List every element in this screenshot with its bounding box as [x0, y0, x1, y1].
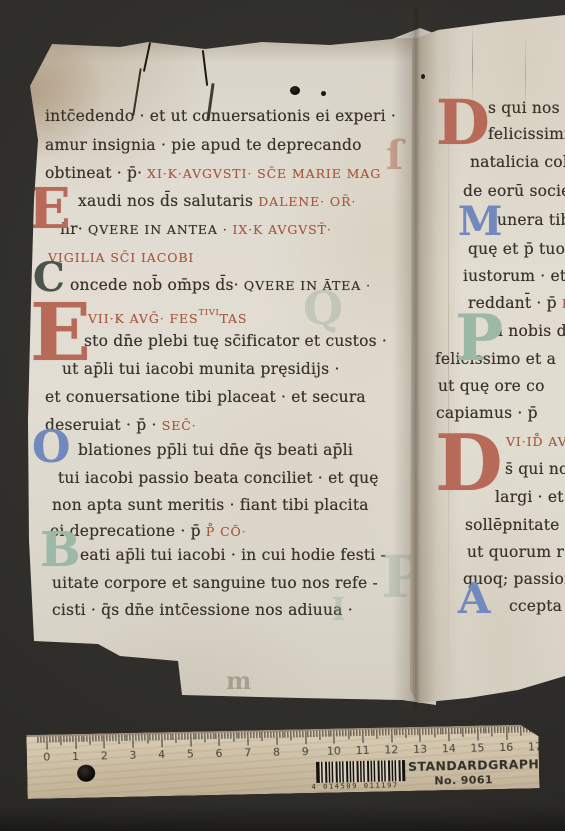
ruler-tick [164, 734, 165, 740]
rubric-segment: TAS [219, 311, 247, 326]
manuscript-line: non apta sunt meritis · fiant tibi placi… [52, 495, 369, 515]
text-segment: QVERE IN ANTEA · [88, 222, 232, 237]
ruler-tick [351, 730, 352, 736]
right-page: s qui nos cofelicissimi · enatalicia col… [408, 0, 565, 712]
text-segment: iustorum · et t [463, 267, 565, 285]
ruler-tick [445, 728, 446, 734]
ruler-tick [55, 736, 56, 742]
manuscript-line: cisti · q̄s dn̄e intc̄essione nos adiuua… [52, 600, 353, 620]
ruler-tick [78, 736, 79, 742]
ruler-tick [155, 734, 156, 740]
ruler-tick [64, 736, 65, 742]
ruler-tick [514, 727, 515, 733]
ruler-tick [293, 731, 294, 737]
ruler-tick [302, 731, 303, 737]
ruler-tick [95, 736, 96, 742]
ruler-tick [382, 730, 383, 736]
manuscript-line: et conuersatione tibi placeat · et secur… [45, 387, 366, 407]
text-segment: largi · et [495, 488, 564, 506]
ruler-scale: 01234567891011121314151617 [26, 724, 538, 735]
ruler-tick [342, 730, 343, 736]
ruler-tick [400, 729, 401, 735]
ruler-tick [75, 736, 76, 749]
ruler-tick [316, 731, 317, 737]
ruler-tick [236, 733, 237, 739]
ruler-tick [394, 729, 395, 735]
ruler-tick [239, 733, 240, 739]
ruler-tick [147, 734, 148, 743]
ruler-tick [402, 729, 403, 735]
parchment-hole [321, 91, 326, 96]
rubric-segment: P̊ CŌ· [206, 524, 247, 539]
ruler-tick [104, 735, 105, 748]
manuscript-line: ccepta sit [509, 596, 565, 616]
ruler-tick [173, 734, 174, 740]
ruler-tick [443, 728, 444, 734]
ruler-tick [245, 732, 246, 738]
ruler-brand: STANDARDGRAPH [408, 756, 539, 774]
ruler-tick [526, 727, 527, 733]
ruler-tick [477, 728, 478, 741]
ruler-tick [84, 736, 85, 742]
rubric-segment: XI·K·AVGVSTI· SC̄E MARIE MAG [142, 166, 381, 181]
text-segment: uitate corpore et sanguine tuo nos refe … [52, 574, 378, 592]
ruler-tick [354, 730, 355, 736]
ruler-tick [49, 737, 50, 743]
ruler-number: 17 [528, 740, 542, 753]
ruler-tick [411, 729, 412, 735]
ruler-number: 6 [215, 747, 222, 760]
ruler-tick [425, 729, 426, 735]
ruler-tick [431, 729, 432, 735]
ruler-tick [150, 734, 151, 740]
parchment-hole [421, 74, 425, 79]
text-segment: eati ap̄li tui iacobi · in cui hodie fes… [80, 546, 386, 564]
ruler-tick [219, 733, 220, 746]
ruler-tick [213, 733, 214, 739]
manuscript-line: obtineat · p̄· XI·K·AVGVSTI· SC̄E MARIE … [45, 163, 381, 184]
manuscript-line: VII·K AVḠ· FESTIVITAS [88, 303, 247, 329]
ruler-number: 8 [273, 746, 280, 759]
ruler-tick [391, 729, 392, 742]
ruler-tick [41, 737, 42, 743]
manuscript-line: n̄r· QVERE IN ANTEA · IX·K AVGVST̄· [60, 219, 332, 240]
ruler-tick [107, 735, 108, 741]
ruler-number: 14 [442, 742, 456, 755]
manuscript-photo-scene: intc̄edendo · et ut conuersationis ei ex… [0, 0, 565, 831]
ruler-tick [135, 735, 136, 741]
manuscript-line: VIGILIA SC̄I IACOBI [48, 247, 194, 268]
ruler-tick [379, 730, 380, 736]
manuscript-line: unera tibi q [497, 210, 565, 230]
manuscript-line: intc̄edendo · et ut conuersationis ei ex… [45, 106, 396, 126]
manuscript-line: largi · et [495, 487, 564, 507]
ruler-tick [259, 732, 260, 738]
rubric-segment: SEC̄· [162, 418, 197, 433]
ruler-tick [322, 731, 323, 737]
show-through-mark: m [226, 669, 251, 693]
illuminated-initial-o: O [32, 428, 70, 468]
ruler-number: 11 [355, 744, 369, 757]
ruler-number: 7 [244, 746, 251, 759]
ruler-tick [451, 728, 452, 734]
ruler-tick [328, 731, 329, 737]
text-segment: xaudi nos d̄s salutaris [78, 192, 258, 210]
ruler-tick [497, 727, 498, 733]
ruler-tick [267, 732, 268, 738]
text-segment: felicissimi · e [488, 125, 565, 143]
ruler-tick [210, 733, 211, 739]
ruler-tick [325, 731, 326, 737]
ruler-tick [448, 728, 449, 741]
ruler-tick [130, 735, 131, 741]
manuscript-line: blationes pp̄li tui dn̄e q̄s beati ap̄li [78, 440, 353, 460]
ruler-tick [422, 729, 423, 735]
barcode [316, 760, 405, 783]
ruler-tick [310, 731, 311, 737]
ruler-tick [270, 732, 271, 738]
manuscript-line: n̄ nobis d [493, 321, 565, 341]
ruler-tick [405, 729, 406, 738]
manuscript-line: ut quorum r [467, 542, 564, 562]
show-through-mark: I [331, 593, 346, 625]
illuminated-initial-p: P [455, 310, 503, 369]
ruler-tick [187, 734, 188, 740]
ruler-tick [144, 735, 145, 741]
ruler-tick [506, 727, 507, 740]
ruler-tick [397, 729, 398, 735]
ruler-tick [181, 734, 182, 740]
ruler-tick [437, 728, 438, 734]
ruler-number: 3 [129, 749, 136, 762]
ruler-tick [512, 727, 513, 733]
ruler-tick [420, 729, 421, 742]
ruler-tick [46, 737, 47, 750]
ruler-tick [230, 733, 231, 739]
rubric-segment: VIGILIA SC̄I IACOBI [48, 250, 194, 265]
ruler-tick [110, 735, 111, 741]
text-segment: ccepta sit [509, 597, 565, 615]
ruler-tick [66, 736, 67, 742]
ruler-tick [385, 729, 386, 735]
illuminated-initial-b: B [40, 528, 81, 572]
ruler-tick [331, 731, 332, 737]
rubric-segment: IX·K AVGVST̄· [232, 222, 331, 237]
ruler-tick [227, 733, 228, 739]
ruler-number: 4 [158, 748, 165, 761]
left-page: intc̄edendo · et ut conuersationis ei ex… [0, 0, 436, 712]
ruler-tick [58, 736, 59, 742]
ruler-tick [440, 728, 441, 734]
ruler-model: No. 9061 [434, 773, 493, 787]
ruler: 01234567891011121314151617 4 014509 0111… [26, 724, 539, 799]
ruler-tick [296, 731, 297, 737]
ruler-tick [362, 730, 363, 743]
ruler-number: 13 [413, 743, 427, 756]
ruler-tick [365, 730, 366, 736]
ruler-hole [77, 765, 95, 782]
ruler-tick [242, 732, 243, 738]
ruler-tick [474, 728, 475, 734]
ruler-tick [480, 727, 481, 733]
ruler-tick [138, 735, 139, 741]
ruler-tick [161, 734, 162, 747]
ruler-tick [250, 732, 251, 738]
ruler-tick [454, 728, 455, 734]
ruler-tick [92, 736, 93, 742]
ruler-tick [466, 728, 467, 734]
rubric-segment: DALENE· OR̄· [258, 194, 356, 209]
ruler-tick [98, 735, 99, 741]
ruler-tick [112, 735, 113, 741]
ruler-tick [428, 729, 429, 735]
ruler-tick [468, 728, 469, 734]
ruler-tick [43, 737, 44, 743]
ruler-tick [308, 731, 309, 737]
ruler-tick [273, 732, 274, 738]
manuscript-line: uitate corpore et sanguine tuo nos refe … [52, 573, 378, 593]
ruler-tick [434, 728, 435, 737]
ruler-tick [276, 732, 277, 745]
manuscript-line: eati ap̄li tui iacobi · in cui hodie fes… [80, 545, 386, 565]
ruler-tick [207, 733, 208, 739]
manuscript-line: amur insignia · pie apud te deprecando [45, 135, 362, 155]
show-through-mark: Q [303, 285, 343, 331]
ruler-tick [167, 734, 168, 740]
ruler-tick [345, 730, 346, 736]
ruler-tick [313, 731, 314, 737]
rubric-segment: TIVI [199, 308, 220, 318]
ruler-tick [374, 730, 375, 736]
text-segment: oncede nob̄ om̄ps d̄s· [70, 276, 244, 294]
page-top-edge [30, 38, 430, 62]
ruler-number: 2 [101, 749, 108, 762]
ruler-tick [509, 727, 510, 733]
ruler-tick [256, 732, 257, 738]
ruler-tick [170, 734, 171, 740]
ruler-tick [279, 732, 280, 738]
show-through-mark: ſ [386, 136, 403, 176]
rubric-segment: VII·K AVḠ· FES [88, 311, 199, 326]
ruler-tick [414, 729, 415, 735]
ruler-tick [348, 730, 349, 739]
ruler-tick [368, 730, 369, 736]
ruler-number: 9 [302, 745, 309, 758]
ruler-tick [193, 733, 194, 739]
text-segment: intc̄edendo · et ut conuersationis ei ex… [45, 107, 396, 125]
ruler-tick [305, 731, 306, 744]
text-segment: cisti · q̄s dn̄e intc̄essione nos adiuua… [52, 601, 353, 619]
manuscript-line: tui iacobi passio beata conciliet · et q… [58, 468, 379, 488]
ruler-tick [371, 730, 372, 736]
parchment-hole [290, 86, 300, 95]
ruler-tick [158, 734, 159, 740]
ruler-tick [184, 734, 185, 740]
ruler-tick [133, 735, 134, 748]
bottom-vignette [0, 805, 565, 831]
ruler-tick [253, 732, 254, 738]
manuscript-line: s̄ qui nos [505, 459, 565, 479]
text-segment: s qui nos co [488, 99, 565, 117]
ruler-tick [196, 733, 197, 739]
text-segment: n̄ nobis d [493, 322, 565, 340]
ruler-tick [87, 736, 88, 742]
ruler-tick [201, 733, 202, 739]
ruler-tick [216, 733, 217, 739]
manuscript-line: ut quę ore co [438, 376, 545, 396]
ruler-tick [333, 731, 334, 744]
manuscript-line: felicissimi · e [488, 124, 565, 144]
illuminated-initial-d: D [435, 428, 503, 500]
ruler-tick [101, 735, 102, 741]
text-segment: sollēpnitate le [465, 516, 565, 534]
rubric-segment: VI·ID̊ AV [506, 434, 565, 449]
ruler-tick [520, 727, 521, 736]
ruler-tick [190, 734, 191, 747]
ruler-tick [523, 727, 524, 733]
text-segment: tui iacobi passio beata conciliet · et q… [58, 469, 379, 487]
ruler-tick [336, 730, 337, 736]
ruler-tick [489, 727, 490, 733]
ruler-tick [299, 731, 300, 737]
ruler-tick [124, 735, 125, 741]
ruler-tick [290, 731, 291, 740]
ruler-tick [377, 730, 378, 739]
ruler-number: 15 [470, 741, 484, 754]
ruler-tick [529, 726, 530, 732]
ruler-tick [118, 735, 119, 744]
ruler-tick [356, 730, 357, 736]
ruler-tick [483, 727, 484, 733]
ruler-number: 1 [72, 750, 79, 763]
ruler-tick [503, 727, 504, 733]
ruler-tick [339, 730, 340, 736]
ruler-number: 0 [43, 751, 50, 764]
ruler-tick [262, 732, 263, 741]
ruler-tick [141, 735, 142, 741]
illuminated-initial-m: M [458, 204, 502, 241]
ruler-tick [61, 736, 62, 745]
ruler-tick [121, 735, 122, 741]
illuminated-initial-a: A [458, 580, 491, 619]
ruler-number: 5 [187, 748, 194, 761]
ruler-tick [532, 726, 533, 732]
ruler-number: 10 [327, 744, 341, 757]
text-segment: blationes pp̄li tui dn̄e q̄s beati ap̄li [78, 441, 353, 459]
ruler-tick [359, 730, 360, 736]
ruler-tick [471, 728, 472, 734]
ruler-tick [233, 733, 234, 742]
ruler-tick [265, 732, 266, 738]
ruler-tick [463, 728, 464, 737]
ruler-tick [517, 727, 518, 733]
manuscript-line: iustorum · et t [463, 266, 565, 286]
ruler-tick [460, 728, 461, 734]
ruler-tick [72, 736, 73, 742]
ruler-tick [89, 736, 90, 745]
ruler-number: 16 [499, 741, 513, 754]
ruler-tick [81, 736, 82, 742]
ruler-tick [153, 734, 154, 740]
ruler-tick [176, 734, 177, 743]
ruler-tick [38, 737, 39, 743]
ruler-tick [494, 727, 495, 733]
text-segment: ut ap̄li tui iacobi munita pręsidijs · [62, 360, 340, 378]
ruler-tick [69, 736, 70, 742]
ruler-tick [224, 733, 225, 739]
ruler-tick [457, 728, 458, 734]
manuscript-line: VI·ID̊ AV [506, 431, 565, 452]
manuscript-line: s qui nos co [488, 98, 565, 118]
manuscript-line: sollēpnitate le [465, 515, 565, 535]
text-segment: s̄ qui nos [505, 460, 565, 478]
ruler-number: 12 [384, 743, 398, 756]
ruler-tick [52, 736, 53, 742]
ruler-tick [115, 735, 116, 741]
ruler-tick [417, 729, 418, 735]
ruler-tick [500, 727, 501, 733]
text-segment: unera tibi q [497, 211, 565, 229]
text-segment: et conuersatione tibi placeat · et secur… [45, 388, 366, 406]
ruler-tick [178, 734, 179, 740]
text-segment: ut quę ore co [438, 377, 545, 395]
ruler-tick [199, 733, 200, 739]
ruler-tick [388, 729, 389, 735]
manuscript-line: xaudi nos d̄s salutaris DALENE· OR̄· [78, 191, 356, 212]
manuscript-line: ut ap̄li tui iacobi munita pręsidijs · [62, 359, 340, 379]
ruler-tick [127, 735, 128, 741]
ruler-tick [285, 732, 286, 738]
ruler-tick [247, 732, 248, 745]
text-segment: non apta sunt meritis · fiant tibi placi… [52, 496, 369, 514]
ruler-tick [319, 731, 320, 740]
barcode-digits: 4 014509 011197 [311, 781, 407, 791]
ruler-tick [204, 733, 205, 742]
text-segment: ut quorum r [467, 543, 564, 561]
ruler-tick [222, 733, 223, 739]
ruler-tick [491, 727, 492, 736]
ruler-tick [282, 732, 283, 738]
illuminated-initial-e: E [28, 184, 71, 236]
ruler-tick [288, 732, 289, 738]
illuminated-initial-e: E [30, 296, 91, 370]
illuminated-initial-d: D [436, 94, 490, 151]
ruler-tick [486, 727, 487, 733]
text-segment: amur insignia · pie apud te deprecando [45, 136, 362, 154]
ruler-tick [408, 729, 409, 735]
